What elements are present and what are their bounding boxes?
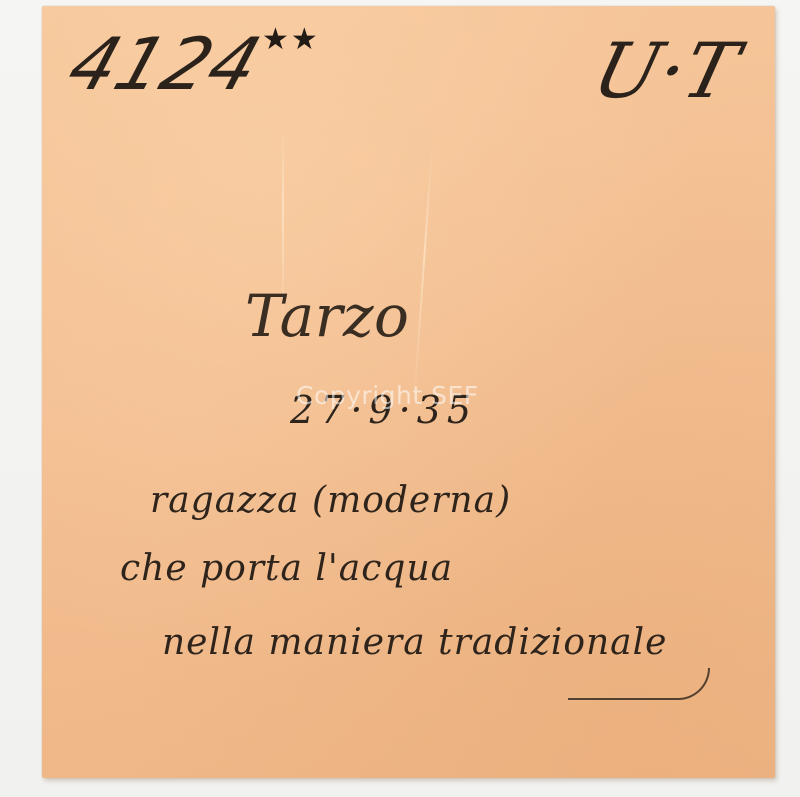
photographer-initials: U·T <box>585 26 748 115</box>
catalog-number: 4124 <box>58 22 271 106</box>
pen-flourish <box>568 668 710 700</box>
description-line-1: ragazza (moderna) <box>150 480 511 521</box>
description-line-3: nella maniera tradizionale <box>162 622 667 663</box>
star-marks-icon: ★★ <box>262 22 320 57</box>
place-name: Tarzo <box>245 282 409 350</box>
copyright-watermark: Copyright SEF <box>296 381 479 410</box>
description-line-2: che porta l'acqua <box>120 548 453 589</box>
paper-crease <box>413 146 433 406</box>
